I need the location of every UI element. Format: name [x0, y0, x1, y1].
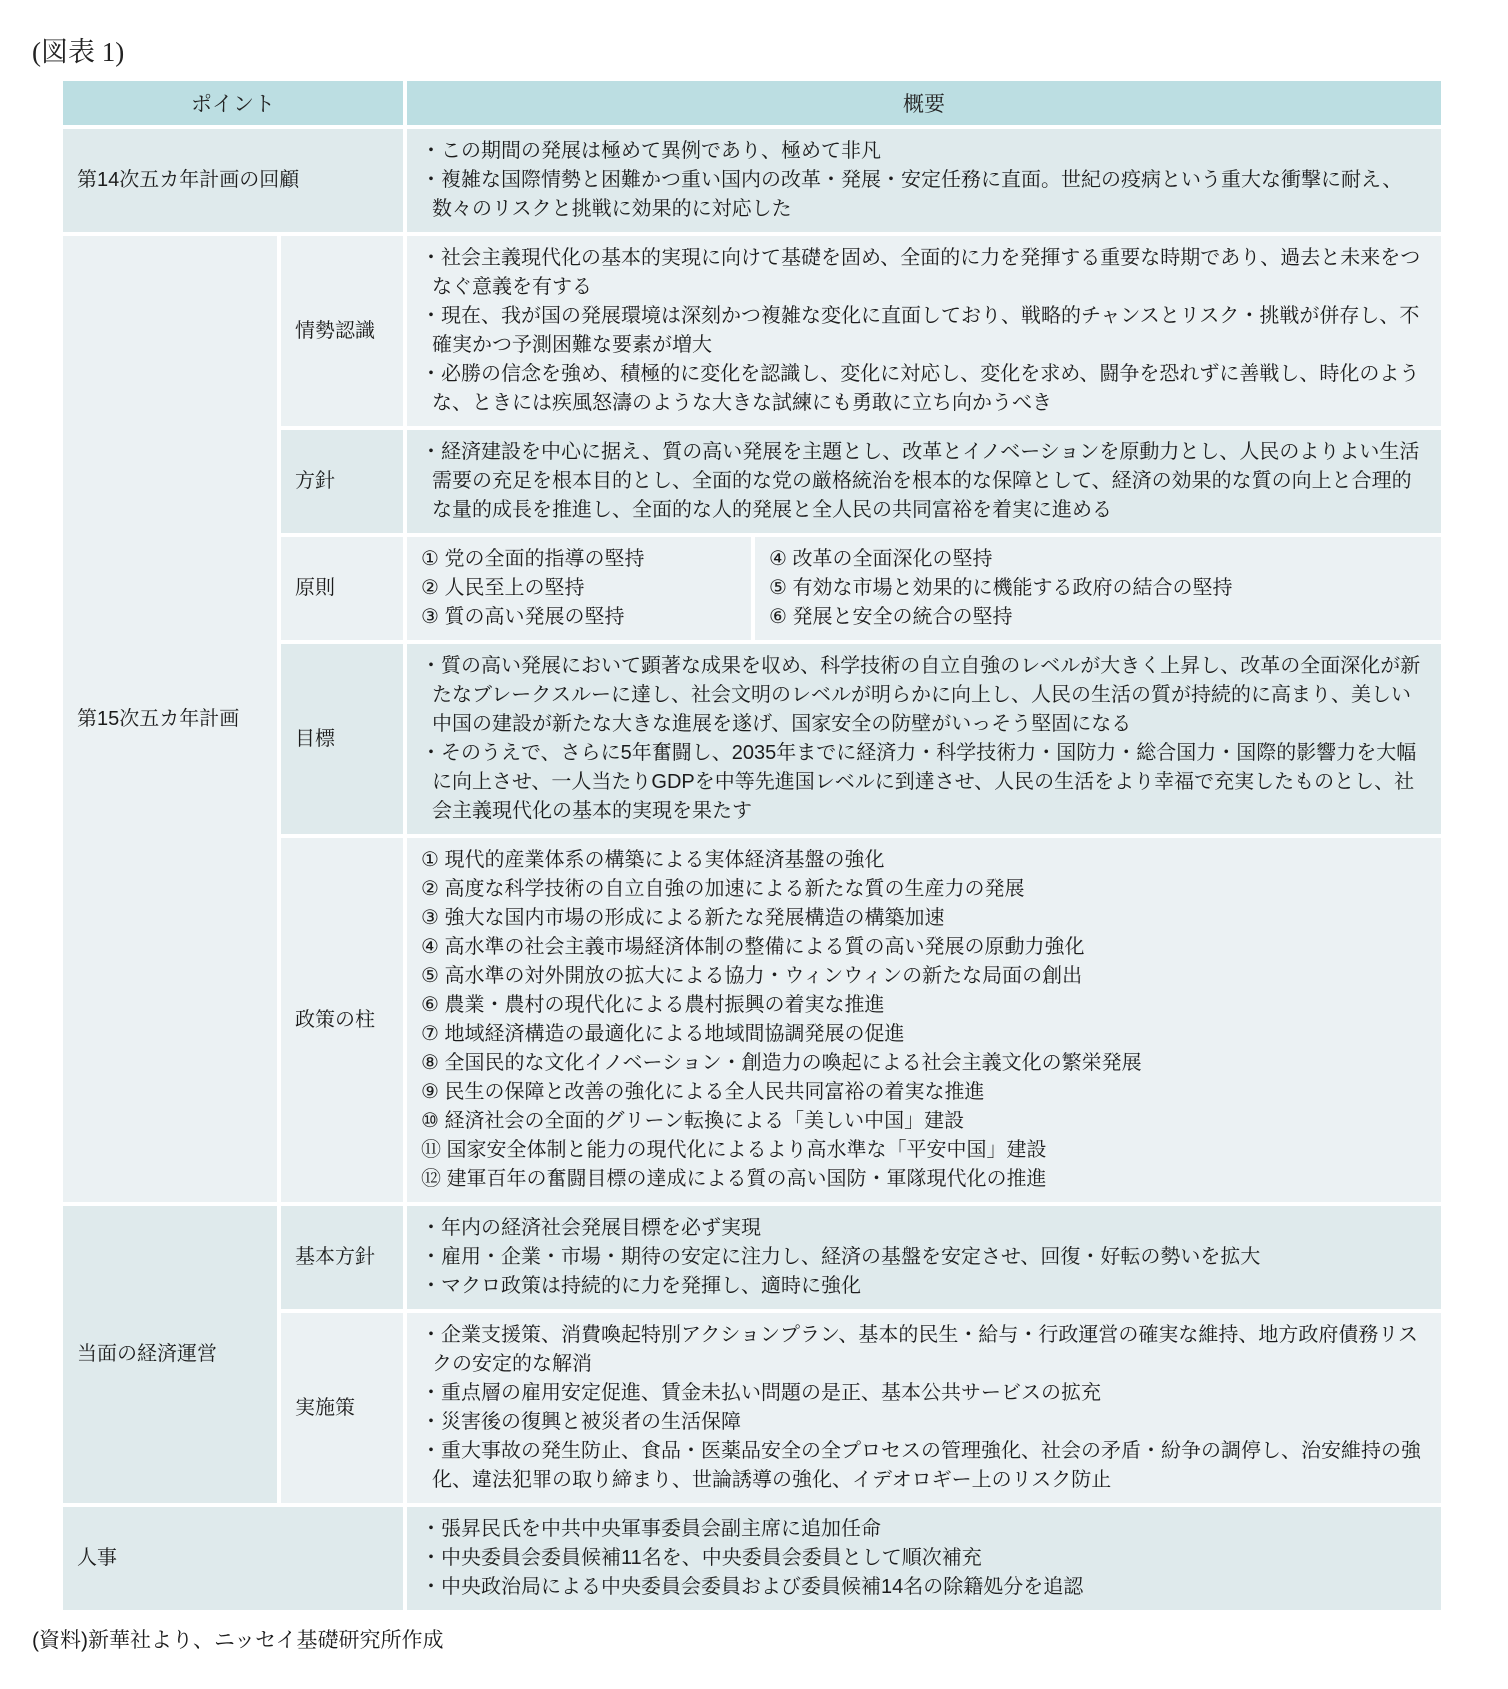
row-situation-awareness: 第15次五カ年計画 情勢認識 ・社会主義現代化の基本的実現に向けて基礎を固め、全… — [63, 236, 1441, 426]
numbered-item: ③ 質の高い発展の堅持 — [421, 603, 737, 632]
bullet-line: ・中央委員会委員候補11名を、中央委員会委員として順次補充 — [421, 1544, 1427, 1573]
bullet-line: ・複雑な国際情勢と困難かつ重い国内の改革・発展・安定任務に直面。世紀の疫病という… — [421, 166, 1427, 224]
numbered-item: ④ 高水準の社会主義市場経済体制の整備による質の高い発展の原動力強化 — [421, 933, 1427, 962]
row-content-policy-pillars: ① 現代的産業体系の構築による実体経済基盤の強化 ② 高度な科学技術の自立自強の… — [407, 838, 1441, 1202]
numbered-item: ⑤ 有効な市場と効果的に機能する政府の結合の堅持 — [769, 574, 1427, 603]
bullet-line: ・社会主義現代化の基本的実現に向けて基礎を固め、全面的に力を発揮する重要な時期で… — [421, 244, 1427, 302]
row-label-goals: 目標 — [281, 644, 403, 834]
row-label-14th-plan-review: 第14次五カ年計画の回顧 — [63, 129, 403, 232]
numbered-item: ⑥ 発展と安全の統合の堅持 — [769, 603, 1427, 632]
row-label-personnel: 人事 — [63, 1507, 403, 1610]
row-content-principles-left: ① 党の全面的指導の堅持 ② 人民至上の堅持 ③ 質の高い発展の堅持 — [407, 537, 751, 640]
numbered-item: ① 党の全面的指導の堅持 — [421, 545, 737, 574]
numbered-item: ⑤ 高水準の対外開放の拡大による協力・ウィンウィンの新たな局面の創出 — [421, 962, 1427, 991]
numbered-item: ③ 強大な国内市場の形成による新たな発展構造の構築加速 — [421, 904, 1427, 933]
bullet-line: ・中央政治局による中央委員会委員および委員候補14名の除籍処分を追認 — [421, 1573, 1427, 1602]
numbered-item: ② 高度な科学技術の自立自強の加速による新たな質の生産力の発展 — [421, 875, 1427, 904]
source-note: (資料)新華社より、ニッセイ基礎研究所作成 — [32, 1624, 1478, 1654]
bullet-line: ・年内の経済社会発展目標を必ず実現 — [421, 1214, 1427, 1243]
row-content-principles-right: ④ 改革の全面深化の堅持 ⑤ 有効な市場と効果的に機能する政府の結合の堅持 ⑥ … — [755, 537, 1441, 640]
row-content-implementation-measures: ・企業支援策、消費喚起特別アクションプラン、基本的民生・給与・行政運営の確実な維… — [407, 1313, 1441, 1503]
bullet-line: ・雇用・企業・市場・期待の安定に注力し、経済の基盤を安定させ、回復・好転の勢いを… — [421, 1243, 1427, 1272]
bullet-line: ・必勝の信念を強め、積極的に変化を認識し、変化に対応し、変化を求め、闘争を恐れず… — [421, 360, 1427, 418]
numbered-item: ② 人民至上の堅持 — [421, 574, 737, 603]
row-content-policy-direction: ・経済建設を中心に据え、質の高い発展を主題とし、改革とイノベーションを原動力とし… — [407, 430, 1441, 533]
numbered-item: ⑥ 農業・農村の現代化による農村振興の着実な推進 — [421, 991, 1427, 1020]
row-label-policy-direction: 方針 — [281, 430, 403, 533]
numbered-item: ④ 改革の全面深化の堅持 — [769, 545, 1427, 574]
numbered-item: ⑧ 全国民的な文化イノベーション・創造力の喚起による社会主義文化の繁栄発展 — [421, 1049, 1427, 1078]
row-label-situation-awareness: 情勢認識 — [281, 236, 403, 426]
bullet-line: ・重大事故の発生防止、食品・医薬品安全の全プロセスの管理強化、社会の矛盾・紛争の… — [421, 1437, 1427, 1495]
summary-table: ポイント 概要 第14次五カ年計画の回顧 ・この期間の発展は極めて異例であり、極… — [59, 77, 1445, 1614]
bullet-line: ・企業支援策、消費喚起特別アクションプラン、基本的民生・給与・行政運営の確実な維… — [421, 1321, 1427, 1379]
row-content-personnel: ・張昇民氏を中共中央軍事委員会副主席に追加任命 ・中央委員会委員候補11名を、中… — [407, 1507, 1441, 1610]
figure-title: (図表 1) — [32, 30, 1478, 69]
bullet-line: ・そのうえで、さらに5年奮闘し、2035年までに経済力・科学技術力・国防力・総合… — [421, 739, 1427, 826]
row-label-basic-policy: 基本方針 — [281, 1206, 403, 1309]
bullet-line: ・経済建設を中心に据え、質の高い発展を主題とし、改革とイノベーションを原動力とし… — [421, 438, 1427, 525]
row-label-implementation-measures: 実施策 — [281, 1313, 403, 1503]
numbered-item: ⑫ 建軍百年の奮闘目標の達成による質の高い国防・軍隊現代化の推進 — [421, 1165, 1427, 1194]
bullet-line: ・災害後の復興と被災者の生活保障 — [421, 1408, 1427, 1437]
group-label-15th-plan: 第15次五カ年計画 — [63, 236, 277, 1202]
bullet-line: ・質の高い発展において顕著な成果を収め、科学技術の自立自強のレベルが大きく上昇し… — [421, 652, 1427, 739]
row-content-14th-plan-review: ・この期間の発展は極めて異例であり、極めて非凡 ・複雑な国際情勢と困難かつ重い国… — [407, 129, 1441, 232]
header-summary: 概要 — [407, 81, 1441, 125]
row-content-situation-awareness: ・社会主義現代化の基本的実現に向けて基礎を固め、全面的に力を発揮する重要な時期で… — [407, 236, 1441, 426]
row-personnel: 人事 ・張昇民氏を中共中央軍事委員会副主席に追加任命 ・中央委員会委員候補11名… — [63, 1507, 1441, 1610]
row-label-policy-pillars: 政策の柱 — [281, 838, 403, 1202]
group-label-current-economy: 当面の経済運営 — [63, 1206, 277, 1503]
bullet-line: ・マクロ政策は持続的に力を発揮し、適時に強化 — [421, 1272, 1427, 1301]
report-figure-page: (図表 1) ポイント 概要 第14次五カ年計画の回顧 ・この期間の発展は極めて… — [0, 0, 1508, 1664]
row-label-principles: 原則 — [281, 537, 403, 640]
bullet-line: ・張昇民氏を中共中央軍事委員会副主席に追加任命 — [421, 1515, 1427, 1544]
bullet-line: ・現在、我が国の発展環境は深刻かつ複雑な変化に直面しており、戦略的チャンスとリス… — [421, 302, 1427, 360]
numbered-item: ⑦ 地域経済構造の最適化による地域間協調発展の促進 — [421, 1020, 1427, 1049]
header-point: ポイント — [63, 81, 403, 125]
bullet-line: ・この期間の発展は極めて異例であり、極めて非凡 — [421, 137, 1427, 166]
numbered-item: ① 現代的産業体系の構築による実体経済基盤の強化 — [421, 846, 1427, 875]
numbered-item: ⑨ 民生の保障と改善の強化による全人民共同富裕の着実な推進 — [421, 1078, 1427, 1107]
row-content-goals: ・質の高い発展において顕著な成果を収め、科学技術の自立自強のレベルが大きく上昇し… — [407, 644, 1441, 834]
table-header-row: ポイント 概要 — [63, 81, 1441, 125]
numbered-item: ⑩ 経済社会の全面的グリーン転換による「美しい中国」建設 — [421, 1107, 1427, 1136]
bullet-line: ・重点層の雇用安定促進、賃金未払い問題の是正、基本公共サービスの拡充 — [421, 1379, 1427, 1408]
row-14th-plan-review: 第14次五カ年計画の回顧 ・この期間の発展は極めて異例であり、極めて非凡 ・複雑… — [63, 129, 1441, 232]
row-content-basic-policy: ・年内の経済社会発展目標を必ず実現 ・雇用・企業・市場・期待の安定に注力し、経済… — [407, 1206, 1441, 1309]
numbered-item: ⑪ 国家安全体制と能力の現代化によるより高水準な「平安中国」建設 — [421, 1136, 1427, 1165]
row-basic-policy: 当面の経済運営 基本方針 ・年内の経済社会発展目標を必ず実現 ・雇用・企業・市場… — [63, 1206, 1441, 1309]
